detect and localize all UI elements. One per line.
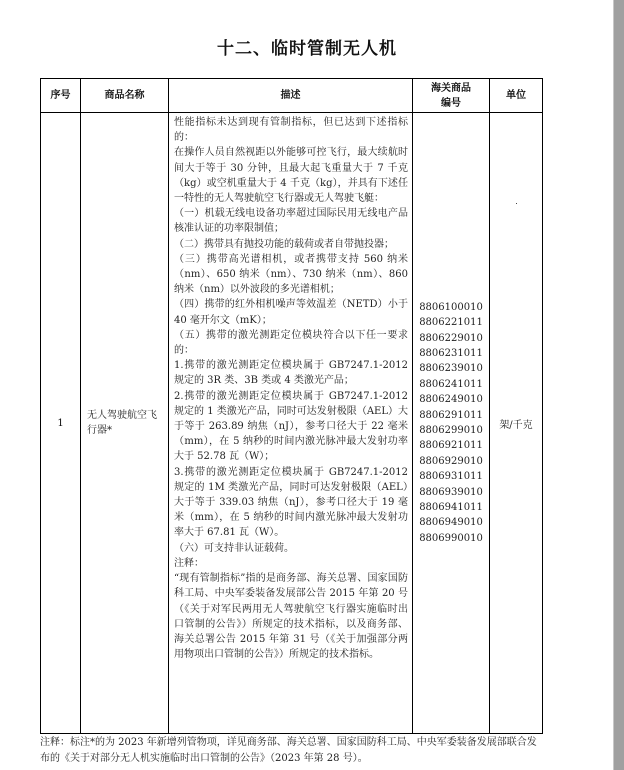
customs-code: 8806229010: [413, 331, 489, 346]
header-seq: 序号: [41, 79, 81, 113]
desc-paragraph: （四）携带的红外相机噪声等效温差（NETD）小于 40 毫开尔文（mK）；: [174, 297, 408, 327]
customs-code: 8806949010: [413, 515, 489, 530]
customs-code: 8806231011: [413, 346, 489, 361]
header-code: 海关商品 编号: [413, 79, 490, 113]
desc-paragraph: 1.携带的激光测距定位模块属于 GB7247.1-2012 规定的 3R 类、3…: [174, 358, 408, 388]
desc-paragraph: （二）携带具有抛投功能的载荷或者自带抛投器；: [174, 237, 408, 252]
header-code-line2: 编号: [413, 96, 489, 111]
customs-code: 8806990010: [413, 531, 489, 546]
table-header-row: 序号 商品名称 描述 海关商品 编号 单位: [41, 79, 543, 113]
customs-code: 8806291011: [413, 408, 489, 423]
cell-unit: 架/千克: [490, 113, 543, 734]
customs-code: 8806931011: [413, 469, 489, 484]
footnote: 注释：标注*的为 2023 年新增列管物项，详见商务部、海关总署、国家国防科工局…: [40, 735, 540, 767]
vertical-scrollbar[interactable]: [613, 0, 624, 770]
desc-paragraph: （六）可支持非认证载荷。: [174, 541, 408, 556]
document-page: 十二、临时管制无人机 序号 商品名称 描述 海关商品 编号 单位 1 无人驾驶航…: [0, 0, 614, 770]
control-list-table: 序号 商品名称 描述 海关商品 编号 单位 1 无人驾驶航空飞行器* 性能指标未…: [40, 78, 543, 734]
desc-paragraph: “现有管制指标”指的是商务部、海关总署、国家国防科工局、中央军委装备发展部公告 …: [174, 571, 408, 662]
cell-customs-codes: 8806100010 8806221011 8806229010 8806231…: [413, 113, 490, 734]
desc-paragraph: 3.携带的激光测距定位模块属于 GB7247.1-2012 规定的 1M 类激光…: [174, 465, 408, 541]
desc-paragraph: （三）携带高光谱相机，或者携带支持 560 纳米（nm）、650 纳米（nm）、…: [174, 252, 408, 298]
desc-paragraph: 注释：: [174, 556, 408, 571]
desc-paragraph: 在操作人员自然视距以外能够可控飞行，最大续航时间大于等于 30 分钟，且最大起飞…: [174, 145, 408, 206]
desc-paragraph: 性能指标未达到现有管制指标，但已达到下述指标的：: [174, 115, 408, 145]
customs-code: 8806221011: [413, 315, 489, 330]
cell-seq: 1: [41, 113, 81, 734]
desc-paragraph: 2.携带的激光测距定位模块属于 GB7247.1-2012 规定的 1 类激光产…: [174, 389, 408, 465]
customs-code: 8806941011: [413, 500, 489, 515]
customs-code: 8806241011: [413, 377, 489, 392]
customs-code: 8806299010: [413, 423, 489, 438]
header-desc: 描述: [169, 79, 413, 113]
cell-description: 性能指标未达到现有管制指标，但已达到下述指标的： 在操作人员自然视距以外能够可控…: [169, 113, 413, 734]
customs-code: 8806921011: [413, 438, 489, 453]
customs-code: 8806100010: [413, 300, 489, 315]
header-code-line1: 海关商品: [413, 81, 489, 96]
table-row: 1 无人驾驶航空飞行器* 性能指标未达到现有管制指标，但已达到下述指标的： 在操…: [41, 113, 543, 734]
stray-dot-mark: [516, 203, 517, 204]
desc-paragraph: （一）机载无线电设备功率超过国际民用无线电产品核准认证的功率限制值；: [174, 206, 408, 236]
customs-code: 8806239010: [413, 361, 489, 376]
header-unit: 单位: [490, 79, 543, 113]
customs-code: 8806939010: [413, 485, 489, 500]
desc-paragraph: （五）携带的激光测距定位模块符合以下任一要求的：: [174, 328, 408, 358]
page-title: 十二、临时管制无人机: [0, 34, 614, 59]
customs-code: 8806249010: [413, 392, 489, 407]
cell-name: 无人驾驶航空飞行器*: [81, 113, 169, 734]
customs-code: 8806929010: [413, 454, 489, 469]
header-name: 商品名称: [81, 79, 169, 113]
unit-value: 架/千克: [499, 420, 532, 431]
